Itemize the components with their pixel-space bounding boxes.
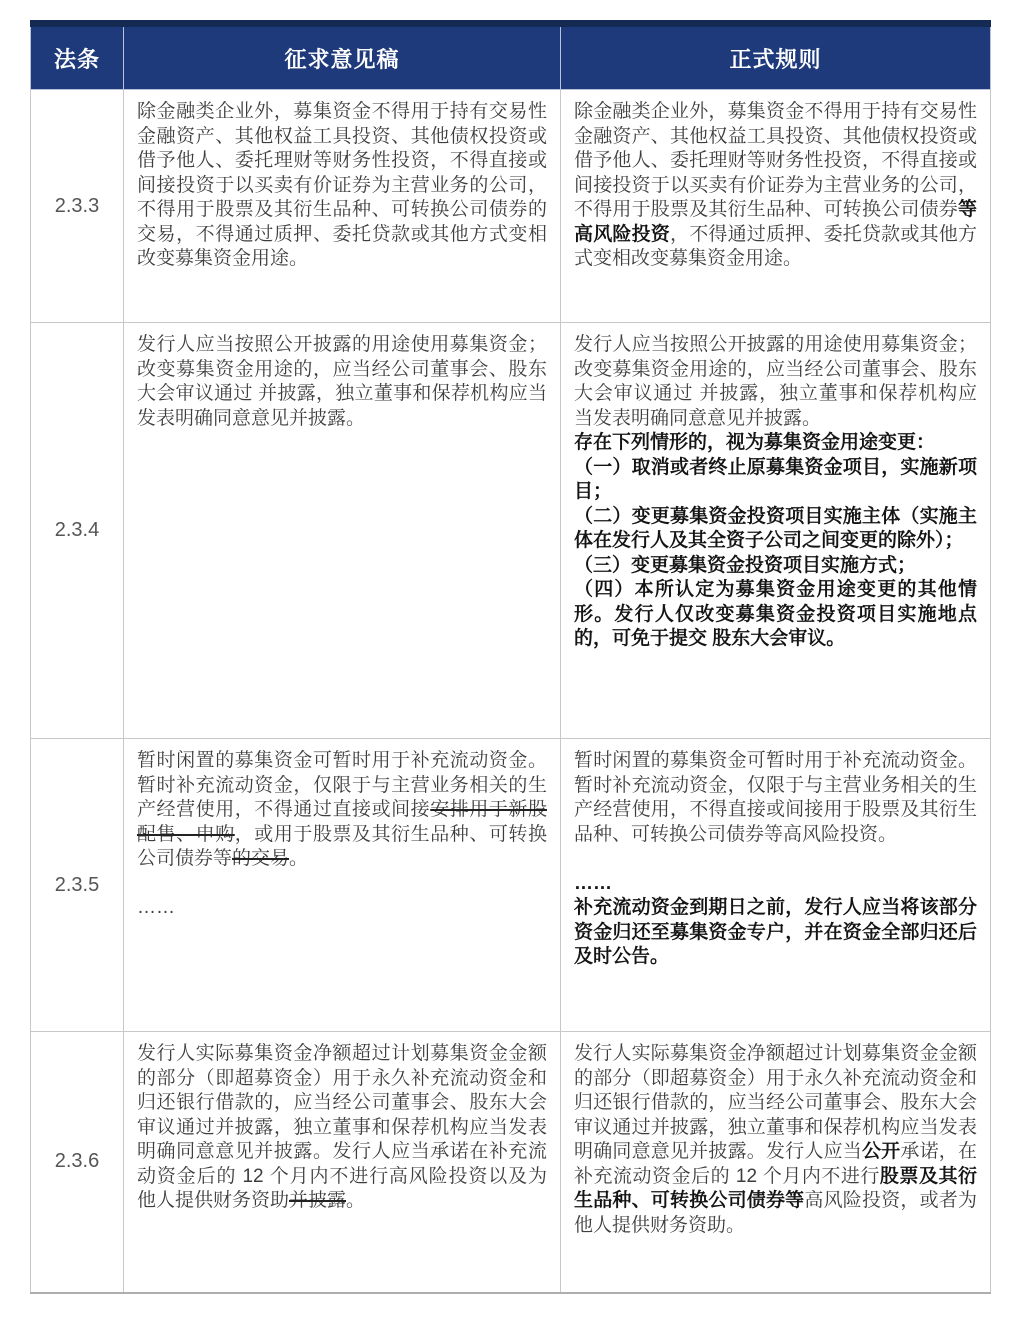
final-text-233: 除金融类企业外，募集资金不得用于持有交易性金融资产、其他权益工具投资、其他债权投…	[561, 90, 991, 323]
article-number-233: 2.3.3	[31, 90, 124, 323]
table-row-235: 2.3.5 暂时闲置的募集资金可暂时用于补充流动资金。暂时补充流动资金，仅限于与…	[31, 739, 991, 1032]
final-text-235: 暂时闲置的募集资金可暂时用于补充流动资金。暂时补充流动资金，仅限于与主营业务相关…	[561, 739, 991, 1032]
column-header-draft: 征求意见稿	[124, 24, 561, 90]
comparison-document-page: 法条 征求意见稿 正式规则 2.3.3 除金融类企业外，募集资金不得用于持有交易…	[0, 0, 1020, 1341]
table-row-233: 2.3.3 除金融类企业外，募集资金不得用于持有交易性金融资产、其他权益工具投资…	[31, 90, 991, 323]
article-number-235: 2.3.5	[31, 739, 124, 1032]
table-row-236: 2.3.6 发行人实际募集资金净额超过计划募集资金金额的部分（即超募资金）用于永…	[31, 1032, 991, 1293]
table-header-row: 法条 征求意见稿 正式规则	[31, 24, 991, 90]
draft-text-235: 暂时闲置的募集资金可暂时用于补充流动资金。暂时补充流动资金，仅限于与主营业务相关…	[124, 739, 561, 1032]
draft-text-233: 除金融类企业外，募集资金不得用于持有交易性金融资产、其他权益工具投资、其他债权投…	[124, 90, 561, 323]
rule-comparison-table: 法条 征求意见稿 正式规则 2.3.3 除金融类企业外，募集资金不得用于持有交易…	[30, 20, 991, 1294]
article-number-234: 2.3.4	[31, 323, 124, 739]
column-header-article: 法条	[31, 24, 124, 90]
final-text-234: 发行人应当按照公开披露的用途使用募集资金；改变募集资金用途的，应当经公司董事会、…	[561, 323, 991, 739]
article-number-236: 2.3.6	[31, 1032, 124, 1293]
table-row-234: 2.3.4 发行人应当按照公开披露的用途使用募集资金；改变募集资金用途的，应当经…	[31, 323, 991, 739]
draft-text-236: 发行人实际募集资金净额超过计划募集资金金额的部分（即超募资金）用于永久补充流动资…	[124, 1032, 561, 1293]
draft-text-234: 发行人应当按照公开披露的用途使用募集资金；改变募集资金用途的，应当经公司董事会、…	[124, 323, 561, 739]
column-header-final: 正式规则	[561, 24, 991, 90]
final-text-236: 发行人实际募集资金净额超过计划募集资金金额的部分（即超募资金）用于永久补充流动资…	[561, 1032, 991, 1293]
